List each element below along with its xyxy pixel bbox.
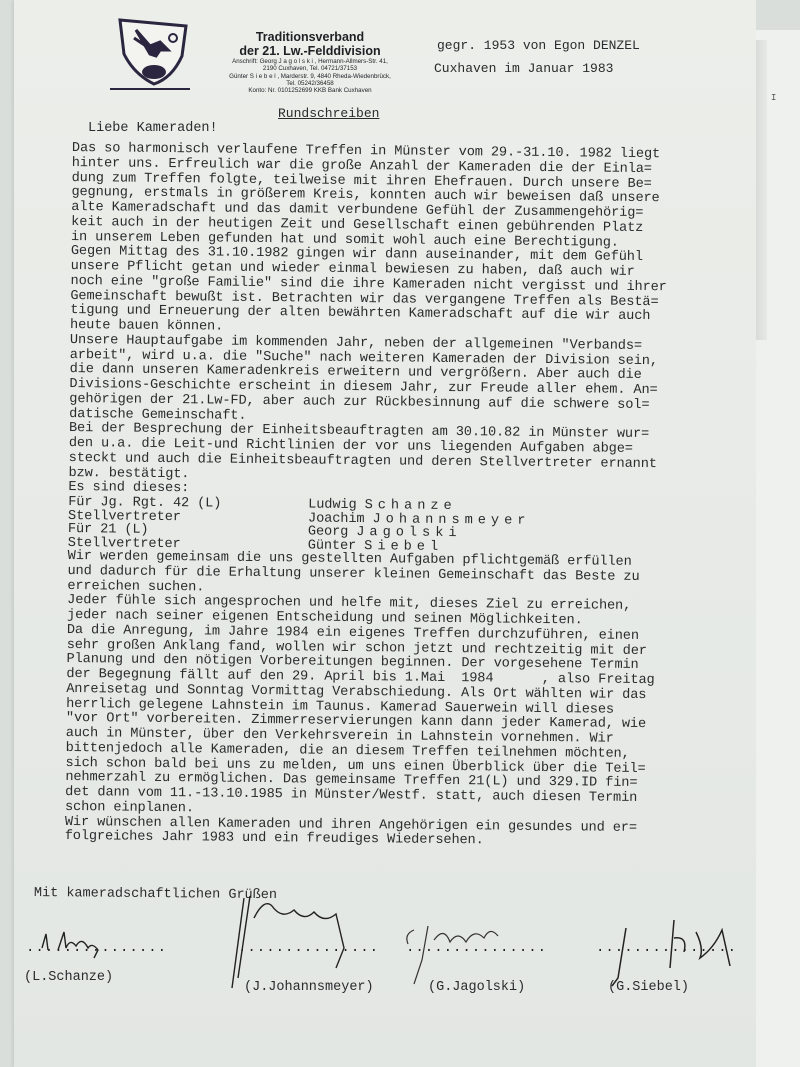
signature-schanze xyxy=(36,928,136,958)
organization-header: Traditionsverband der 21. Lw.-Felddivisi… xyxy=(200,30,420,94)
signatory-name: (J.Johannsmeyer) xyxy=(244,980,374,995)
letter-body: Das so harmonisch verlaufene Treffen in … xyxy=(65,142,772,852)
address-line: 2190 Cuxhaven, Tel. 04721/37153 xyxy=(200,65,420,72)
signature-siebel xyxy=(604,908,754,988)
letterhead-rule xyxy=(110,88,190,90)
signatory-name: (G.Jagolski) xyxy=(428,980,525,995)
body-part-1: Das so harmonisch verlaufene Treffen in … xyxy=(68,142,772,503)
document-title: Rundschreiben xyxy=(278,106,379,121)
signatory-name: (G.Siebel) xyxy=(608,980,689,995)
place-date: Cuxhaven im Januar 1983 xyxy=(434,61,613,76)
signatory-name: (L.Schanze) xyxy=(24,970,113,985)
eagle-shield-icon xyxy=(116,16,188,86)
signature-block: ............... ............... ........… xyxy=(14,900,800,1010)
address-line: Tel. 05242/36458 xyxy=(200,80,420,87)
address-line: Günter S i e b e l , Marderstr. 9, 4840 … xyxy=(200,73,420,80)
salutation: Liebe Kameraden! xyxy=(88,121,218,136)
address-line: Anschrift: Georg J a g o l s k i , Herma… xyxy=(200,58,420,65)
org-name-line1: Traditionsverband xyxy=(200,30,420,44)
bank-account-line: Konto: Nr. 0101252699 KKB Bank Cuxhaven xyxy=(200,87,420,94)
org-name-line2: der 21. Lw.-Felddivision xyxy=(200,44,420,58)
page-number: I xyxy=(771,93,776,103)
body-part-2: Wir werden gemeinsam die uns gestellten … xyxy=(65,550,768,852)
representatives-list: Für Jg. Rgt. 42 (L)Ludwig SchanzeStellve… xyxy=(68,496,769,557)
signature-jagolski xyxy=(394,914,524,984)
letter-page: Traditionsverband der 21. Lw.-Felddivisi… xyxy=(14,0,756,1067)
founded-note: gegr. 1953 von Egon DENZEL xyxy=(437,38,640,53)
